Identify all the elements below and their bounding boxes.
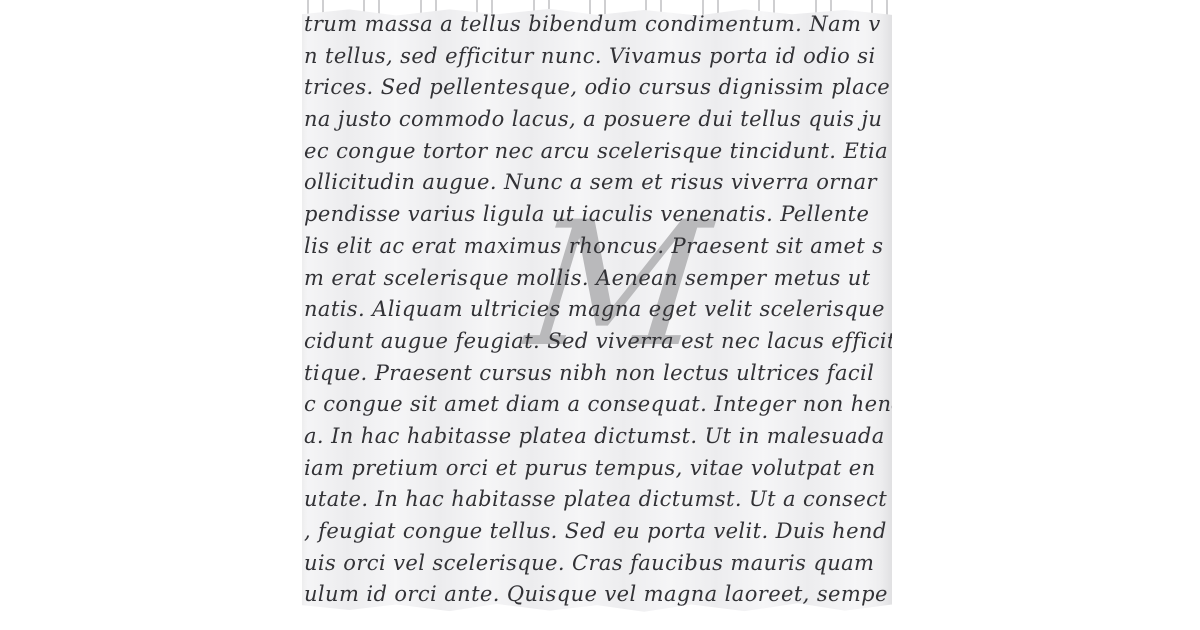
text-line: c congue sit amet diam a consequat. Inte…	[302, 389, 892, 421]
text-line: uis orci vel scelerisque. Cras faucibus …	[302, 548, 892, 580]
text-line: iam pretium orci et purus tempus, vitae …	[302, 453, 892, 485]
text-line: m erat scelerisque mollis. Aenean semper…	[302, 263, 892, 295]
text-line: na justo commodo lacus, a posuere dui te…	[302, 104, 892, 136]
text-line: ulum id orci ante. Quisque vel magna lao…	[302, 579, 892, 611]
curtain-hook-icon	[702, 0, 719, 15]
text-line: ec congue tortor nec arcu scelerisque ti…	[302, 136, 892, 168]
text-line: a. In hac habitasse platea dictumst. Ut …	[302, 421, 892, 453]
text-line: utate. In hac habitasse platea dictumst.…	[302, 484, 892, 516]
text-line: cidunt augue feugiat. Sed viverra est ne…	[302, 326, 892, 358]
shower-curtain: M trum massa a tellus bibendum condiment…	[302, 7, 892, 613]
text-line: tique. Praesent cursus nibh non lectus u…	[302, 358, 892, 390]
product-image: M trum massa a tellus bibendum condiment…	[0, 0, 1200, 630]
text-line: lis elit ac erat maximus rhoncus. Praese…	[302, 231, 892, 263]
text-line: trices. Sed pellentesque, odio cursus di…	[302, 72, 892, 104]
text-line: pendisse varius ligula ut iaculis venena…	[302, 199, 892, 231]
curtain-text: trum massa a tellus bibendum condimentum…	[302, 9, 892, 611]
curtain-hook-icon	[871, 0, 888, 15]
text-line: , feugiat congue tellus. Sed eu porta ve…	[302, 516, 892, 548]
curtain-hook-icon	[589, 0, 606, 15]
curtain-hooks	[0, 0, 1200, 16]
text-line: n tellus, sed efficitur nunc. Vivamus po…	[302, 41, 892, 73]
text-line: ollicitudin augue. Nunc a sem et risus v…	[302, 167, 892, 199]
text-line: natis. Aliquam ultricies magna eget veli…	[302, 294, 892, 326]
